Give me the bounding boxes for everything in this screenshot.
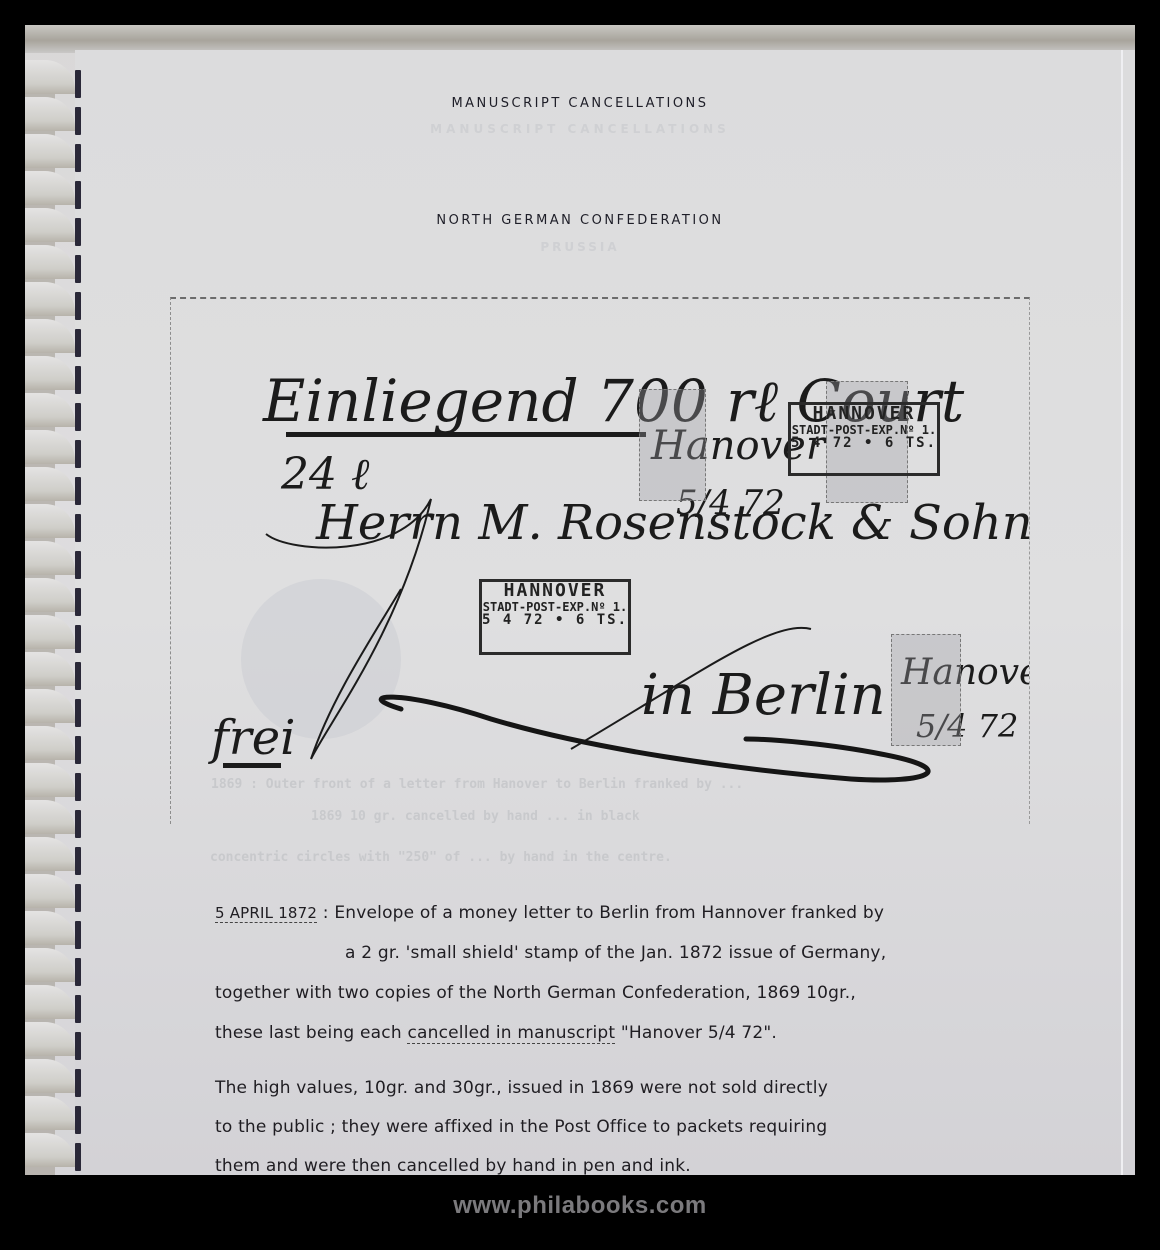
photo-frame-right (1135, 0, 1160, 1250)
binding-ring (25, 726, 83, 766)
paragraph2-line1: The high values, 10gr. and 30gr., issued… (215, 1078, 828, 1098)
paragraph1-line1: Envelope of a money letter to Berlin fro… (334, 903, 884, 923)
paragraph2-line2: to the public ; they were affixed in the… (215, 1117, 827, 1137)
page-edge-shadow (25, 25, 1160, 53)
postage-stamp-10gr-1 (639, 389, 706, 501)
paragraph1-underlined: cancelled in manuscript (407, 1023, 615, 1044)
section-title-ghost: PRUSSIA (0, 240, 1160, 254)
section-title: NORTH GERMAN CONFEDERATION (0, 213, 1160, 228)
description-date: 5 APRIL 1872 : Envelope of a money lette… (215, 903, 884, 923)
binding-ring (25, 134, 83, 174)
page-title: MANUSCRIPT CANCELLATIONS (0, 96, 1160, 111)
binding-ring (25, 800, 83, 840)
binding-ring (25, 504, 83, 544)
binding-ring (25, 430, 83, 470)
binding-ring (25, 763, 83, 803)
envelope-photocopy: Einliegend 700 rℓ Court 24 ℓ Herrn M. Ro… (170, 297, 1030, 824)
postmark-hannover-1: HANNOVER STADT-POST-EXP.Nº 1. 5 4 72 • 6… (788, 402, 940, 476)
binding-ring (25, 578, 83, 618)
paragraph1-quote: "Hanover 5/4 72". (621, 1023, 777, 1043)
script-addressee: Herrn M. Rosenstock & Sohn (315, 495, 1029, 551)
script-destination: in Berlin (641, 663, 886, 728)
watermark: www.philabooks.com (0, 1192, 1160, 1220)
paragraph1-line4-start: these last being each (215, 1023, 402, 1043)
postmark-hannover-2: HANNOVER STADT-POST-EXP.Nº 1. 5 4 72 • 6… (479, 579, 631, 655)
binding-ring (25, 689, 83, 729)
script-frei: frei (208, 710, 295, 766)
binding-ring (25, 1022, 83, 1062)
page-title-ghost: MANUSCRIPT CANCELLATIONS (0, 122, 1160, 136)
binding-ring (25, 948, 83, 988)
binding-ring (25, 652, 83, 692)
ghost-caption-line-1: 1869 : Outer front of a letter from Hano… (211, 777, 743, 792)
binding-ring (25, 985, 83, 1025)
binding-ring (25, 1133, 83, 1173)
binding-ring (25, 541, 83, 581)
script-amount: 24 ℓ (280, 449, 370, 500)
postmark-line3: 5 4 72 • 6 TS. (791, 436, 937, 451)
binding-ring (25, 171, 83, 211)
binding-ring (25, 1096, 83, 1136)
postage-stamp-10gr-2 (891, 634, 961, 746)
binding-ring (25, 874, 83, 914)
binding-ring (25, 911, 83, 951)
paragraph1-line3: together with two copies of the North Ge… (215, 983, 856, 1003)
postmark-line3: 5 4 72 • 6 TS. (482, 613, 628, 628)
paragraph1-line4: these last being each cancelled in manus… (215, 1023, 777, 1043)
postmark-line1: HANNOVER (482, 582, 628, 601)
binding-ring (25, 393, 83, 433)
binding-ring (25, 319, 83, 359)
paragraph1-line2: a 2 gr. 'small shield' stamp of the Jan.… (345, 943, 886, 963)
ghost-caption-line-3: concentric circles with "250" of ... by … (210, 850, 672, 865)
binding-ring (25, 837, 83, 877)
binding-ring (25, 282, 83, 322)
paragraph2-line3: them and were then cancelled by hand in … (215, 1156, 691, 1176)
binding-ring (25, 615, 83, 655)
ghost-caption-line-2: 1869 10 gr. cancelled by hand ... in bla… (311, 809, 640, 824)
binding-ring (25, 356, 83, 396)
date-label: 5 APRIL 1872 (215, 904, 317, 923)
binding-ring (25, 60, 83, 100)
postmark-line1: HANNOVER (791, 405, 937, 424)
binding-ring (25, 467, 83, 507)
binding-ring (25, 1059, 83, 1099)
